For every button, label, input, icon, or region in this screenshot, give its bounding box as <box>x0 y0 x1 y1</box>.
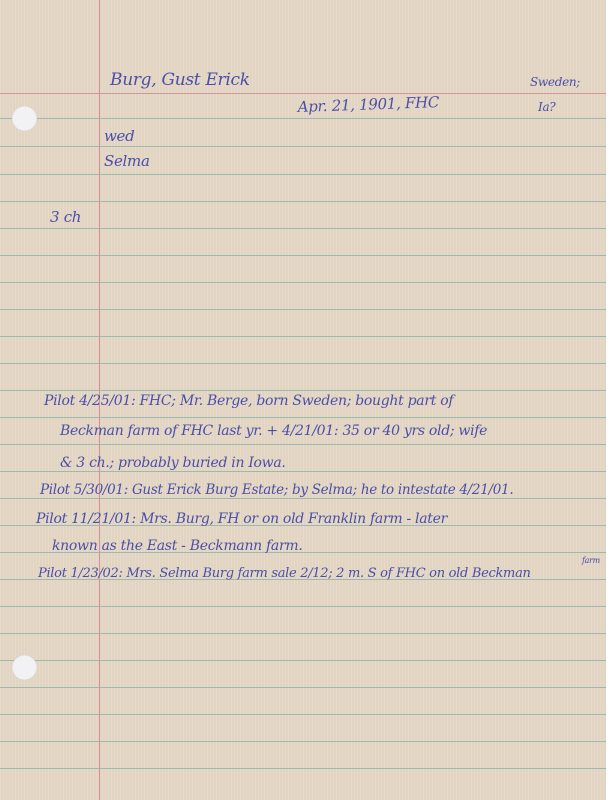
ruled-line <box>0 228 609 229</box>
spouse-label: wed <box>104 127 134 145</box>
ruled-line <box>0 417 609 418</box>
ruled-line <box>0 174 609 175</box>
notebook-page: Burg, Gust Erick Apr. 21, 1901, FHC Swed… <box>0 0 609 800</box>
record-date: Apr. 21, 1901, FHC <box>297 93 439 116</box>
note-1-line-2: Beckman farm of FHC last yr. + 4/21/01: … <box>60 423 487 439</box>
ruled-line <box>0 255 609 256</box>
ruled-line <box>0 606 609 607</box>
origin-state: Ia? <box>538 100 555 114</box>
note-1-line-3: & 3 ch.; probably buried in Iowa. <box>60 455 286 471</box>
note-3-line-1: Pilot 11/21/01: Mrs. Burg, FH or on old … <box>36 511 447 527</box>
ruled-line <box>0 741 609 742</box>
punch-hole <box>12 655 37 680</box>
note-4-superscript: farm <box>582 556 600 565</box>
note-1-line-1: Pilot 4/25/01: FHC; Mr. Berge, born Swed… <box>44 393 453 409</box>
ruled-line <box>0 282 609 283</box>
ruled-line <box>0 118 609 119</box>
punch-hole <box>12 106 37 131</box>
ruled-line <box>0 444 609 445</box>
ruled-line <box>0 336 609 337</box>
note-4-line-1: Pilot 1/23/02: Mrs. Selma Burg farm sale… <box>38 566 531 581</box>
ruled-line <box>0 660 609 661</box>
children-count: 3 ch <box>50 208 81 226</box>
header-rule <box>0 93 609 94</box>
ruled-line <box>0 146 609 147</box>
ruled-line <box>0 309 609 310</box>
origin-country: Sweden; <box>530 75 580 89</box>
ruled-line <box>0 768 609 769</box>
ruled-line <box>0 390 609 391</box>
ruled-line <box>0 201 609 202</box>
ruled-line <box>0 363 609 364</box>
ruled-line <box>0 471 609 472</box>
page-edge <box>606 0 609 800</box>
subject-name: Burg, Gust Erick <box>110 70 250 90</box>
ruled-line <box>0 687 609 688</box>
ruled-line <box>0 714 609 715</box>
ruled-line <box>0 633 609 634</box>
note-3-line-2: known as the East - Beckmann farm. <box>52 538 303 554</box>
note-2-line-1: Pilot 5/30/01: Gust Erick Burg Estate; b… <box>40 482 513 498</box>
spouse-name: Selma <box>104 152 150 170</box>
ruled-line <box>0 498 609 499</box>
